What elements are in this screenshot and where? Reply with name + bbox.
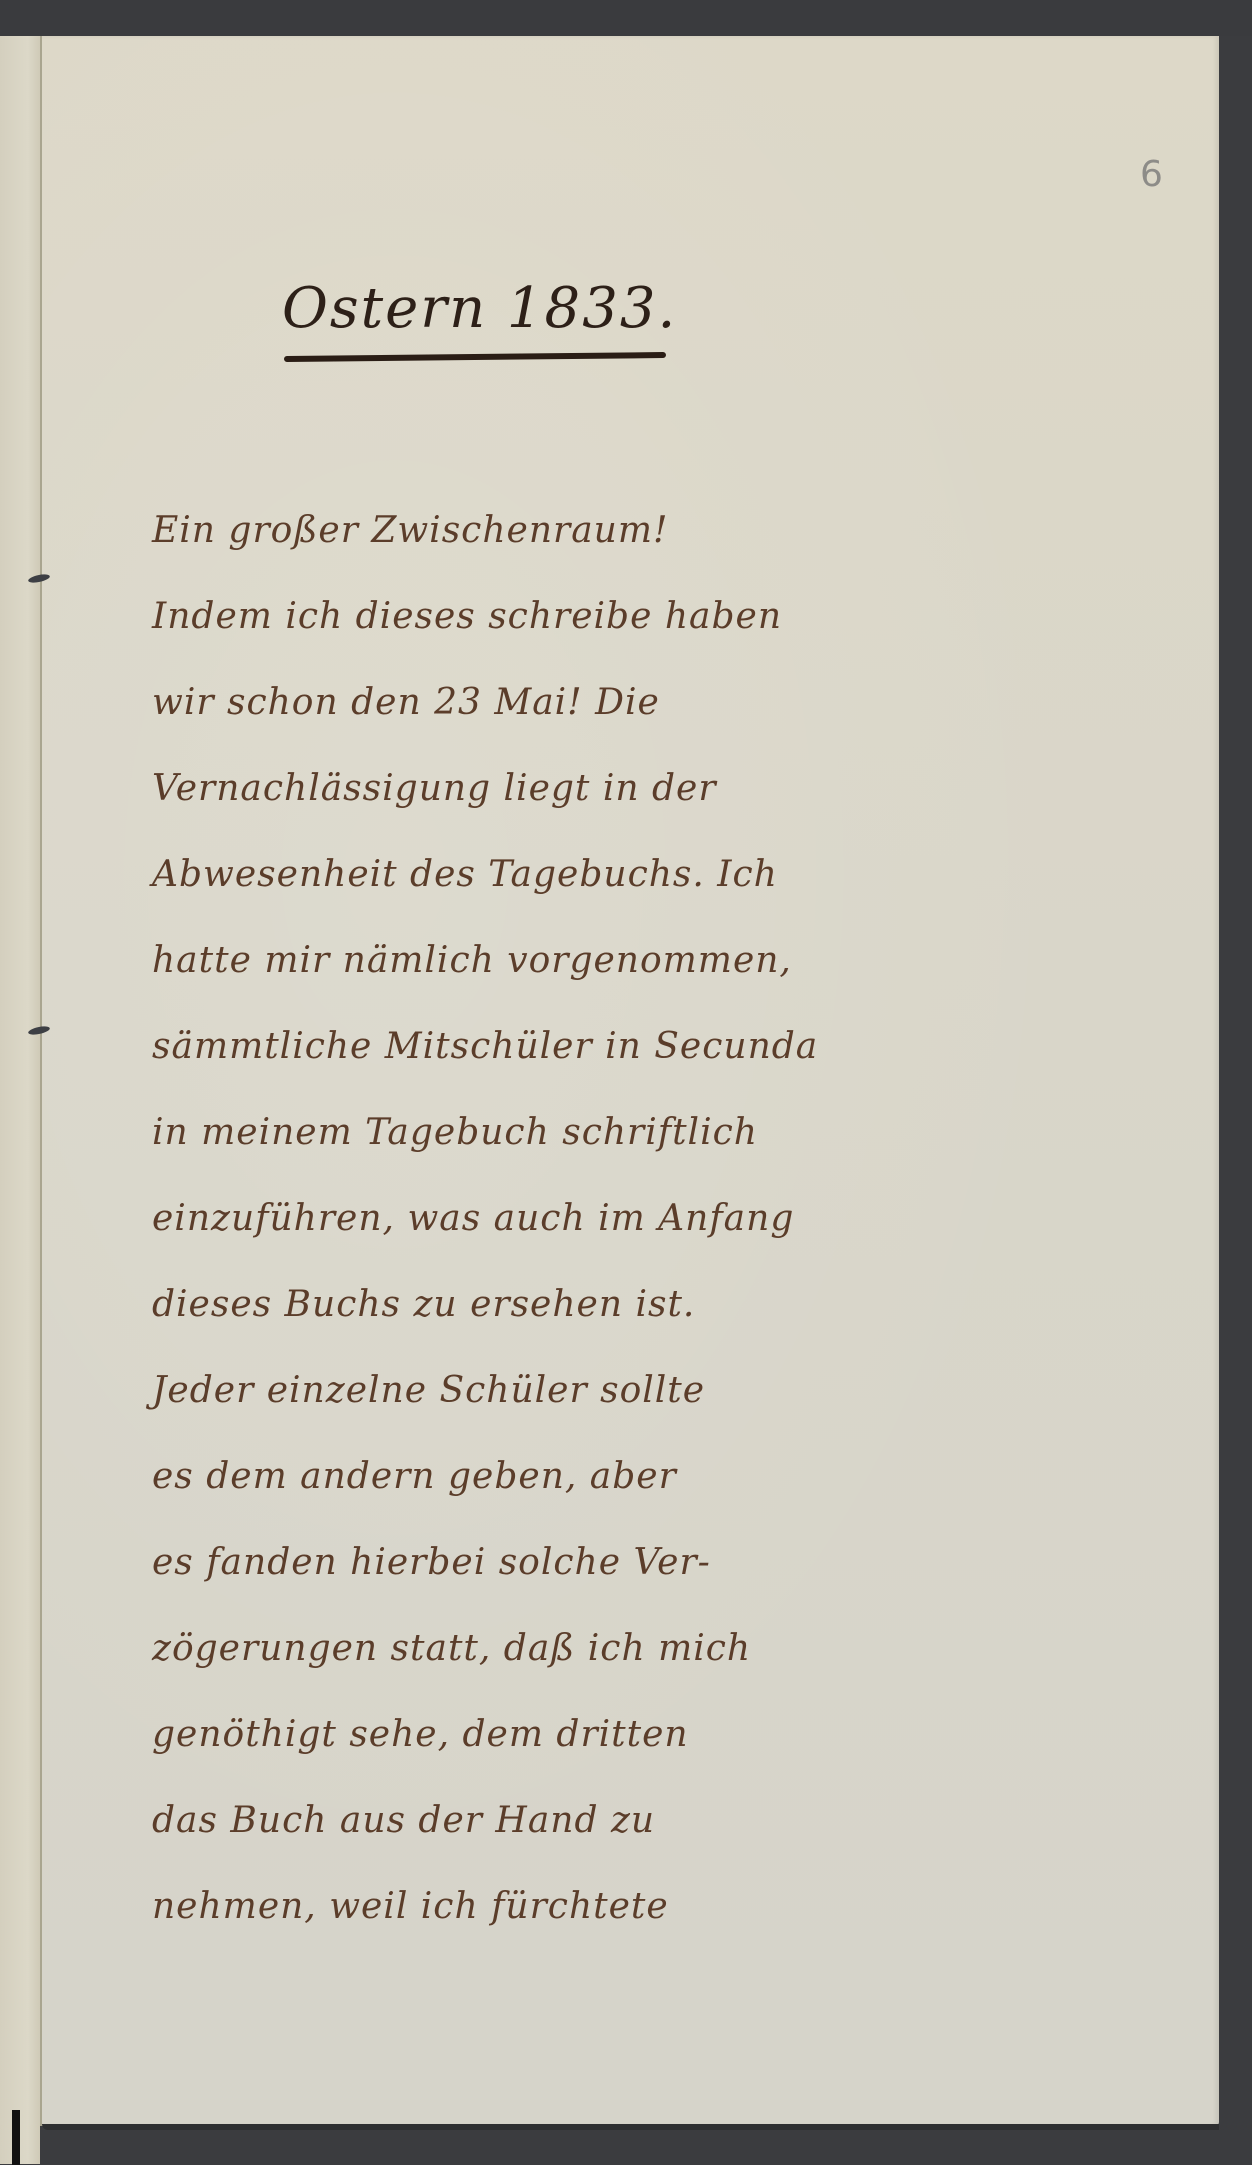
text-line: Vernachlässigung liegt in der bbox=[152, 746, 952, 832]
text-line: dieses Buchs zu ersehen ist. bbox=[152, 1262, 952, 1348]
page-title: Ostern 1833. bbox=[282, 276, 677, 341]
text-line: Ein großer Zwischenraum! bbox=[152, 488, 952, 574]
text-line: sämmtliche Mitschüler in Secunda bbox=[152, 1004, 952, 1090]
title-underline bbox=[284, 352, 666, 362]
previous-page-edge bbox=[0, 36, 40, 2164]
text-line: Jeder einzelne Schüler sollte bbox=[152, 1348, 952, 1434]
text-line: nehmen, weil ich fürchtete bbox=[152, 1864, 952, 1950]
text-line: genöthigt sehe, dem dritten bbox=[152, 1692, 952, 1778]
page-number: 6 bbox=[1140, 154, 1163, 195]
text-line: es dem andern geben, aber bbox=[152, 1434, 952, 1520]
text-line: das Buch aus der Hand zu bbox=[152, 1778, 952, 1864]
text-line: Indem ich dieses schreibe haben bbox=[152, 574, 952, 660]
text-line: hatte mir nämlich vorgenommen, bbox=[152, 918, 952, 1004]
text-line: wir schon den 23 Mai! Die bbox=[152, 660, 952, 746]
text-line: in meinem Tagebuch schriftlich bbox=[152, 1090, 952, 1176]
handwritten-text: Ein großer Zwischenraum! Indem ich diese… bbox=[152, 488, 952, 1950]
scanner-background-top bbox=[0, 0, 1252, 36]
manuscript-scan: 6 Ostern 1833. Ein großer Zwischenraum! … bbox=[0, 0, 1252, 2165]
text-line: einzuführen, was auch im Anfang bbox=[152, 1176, 952, 1262]
manuscript-page: 6 Ostern 1833. Ein großer Zwischenraum! … bbox=[40, 36, 1219, 2126]
text-line: Abwesenheit des Tagebuchs. Ich bbox=[152, 832, 952, 918]
text-line: es fanden hierbei solche Ver- bbox=[152, 1520, 952, 1606]
binding-edge bbox=[12, 2110, 20, 2165]
text-line: zögerungen statt, daß ich mich bbox=[152, 1606, 952, 1692]
